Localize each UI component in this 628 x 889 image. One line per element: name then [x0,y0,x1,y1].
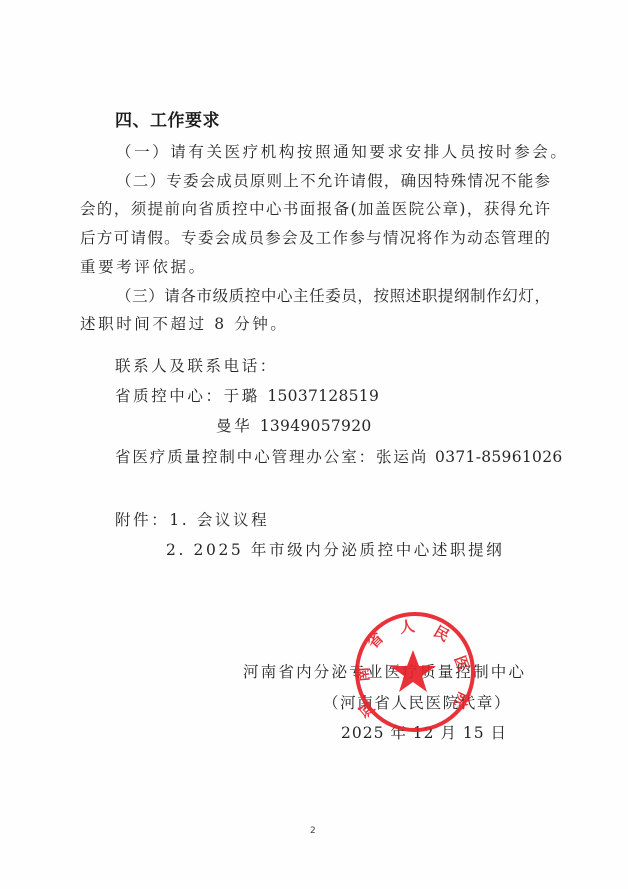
seal-char: 人 [399,617,416,637]
contact-org: 省质控中心： [115,387,224,405]
contact-name: 张运尚 [376,448,428,466]
contact-phone: 13949057920 [260,417,372,435]
page-number: 2 [310,826,316,836]
contact-row-2: 曼华 13949057920 [216,416,372,436]
paragraph-2-line-4: 重要考评依据。 [80,257,207,277]
contact-phone: 0371-85961026 [435,448,562,466]
attachment-item: 2. 2025 年市级内分泌质控中心述职提纲 [166,541,504,559]
signature-organization: 河南省内分泌专业医疗质量控制中心 [243,662,526,682]
paragraph-2-line-1: （二）专委会成员原则上不允许请假，确因特殊情况不能参 [116,171,550,191]
contact-org: 省医疗质量控制中心管理办公室： [115,448,376,466]
attachments-label: 附件： [115,511,169,529]
paragraph-2-line-3: 后方可请假。专委会成员参会及工作参与情况将作为动态管理的 [80,228,550,248]
seal-char: 省 [364,629,387,652]
attachment-item: 1. 会议议程 [169,511,269,529]
contacts-title: 联系人及联系电话： [115,356,278,376]
paragraph-2-line-2: 会的，须提前向省质控中心书面报备(加盖医院公章)，获得允许 [80,199,550,219]
contact-row-1: 省质控中心：于璐 15037128519 [115,386,379,406]
attachments-row-1: 附件：1. 会议议程 [115,510,269,530]
paragraph-1-line-1: （一）请有关医疗机构按照通知要求安排人员按时参会。 [116,142,569,162]
signature-proxy-seal-note: （河南省人民医院代章） [323,693,511,713]
signature-date: 2025 年 12 月 15 日 [341,723,507,743]
paragraph-3-line-2: 述职时间不超过 8 分钟。 [80,314,289,334]
document-page: 四、工作要求 （一）请有关医疗机构按照通知要求安排人员按时参会。 （二）专委会成… [0,0,628,889]
contact-name: 于璐 [224,387,260,405]
section-heading: 四、工作要求 [115,111,220,131]
paragraph-3-line-1: （三）请各市级质控中心主任委员，按照述职提纲制作幻灯， [116,286,550,306]
contact-row-3: 省医疗质量控制中心管理办公室：张运尚 0371-85961026 [115,447,563,467]
contact-phone: 15037128519 [267,387,379,405]
seal-char: 民 [430,622,452,645]
contact-name: 曼华 [216,417,252,435]
attachments-row-2: 2. 2025 年市级内分泌质控中心述职提纲 [166,540,504,560]
